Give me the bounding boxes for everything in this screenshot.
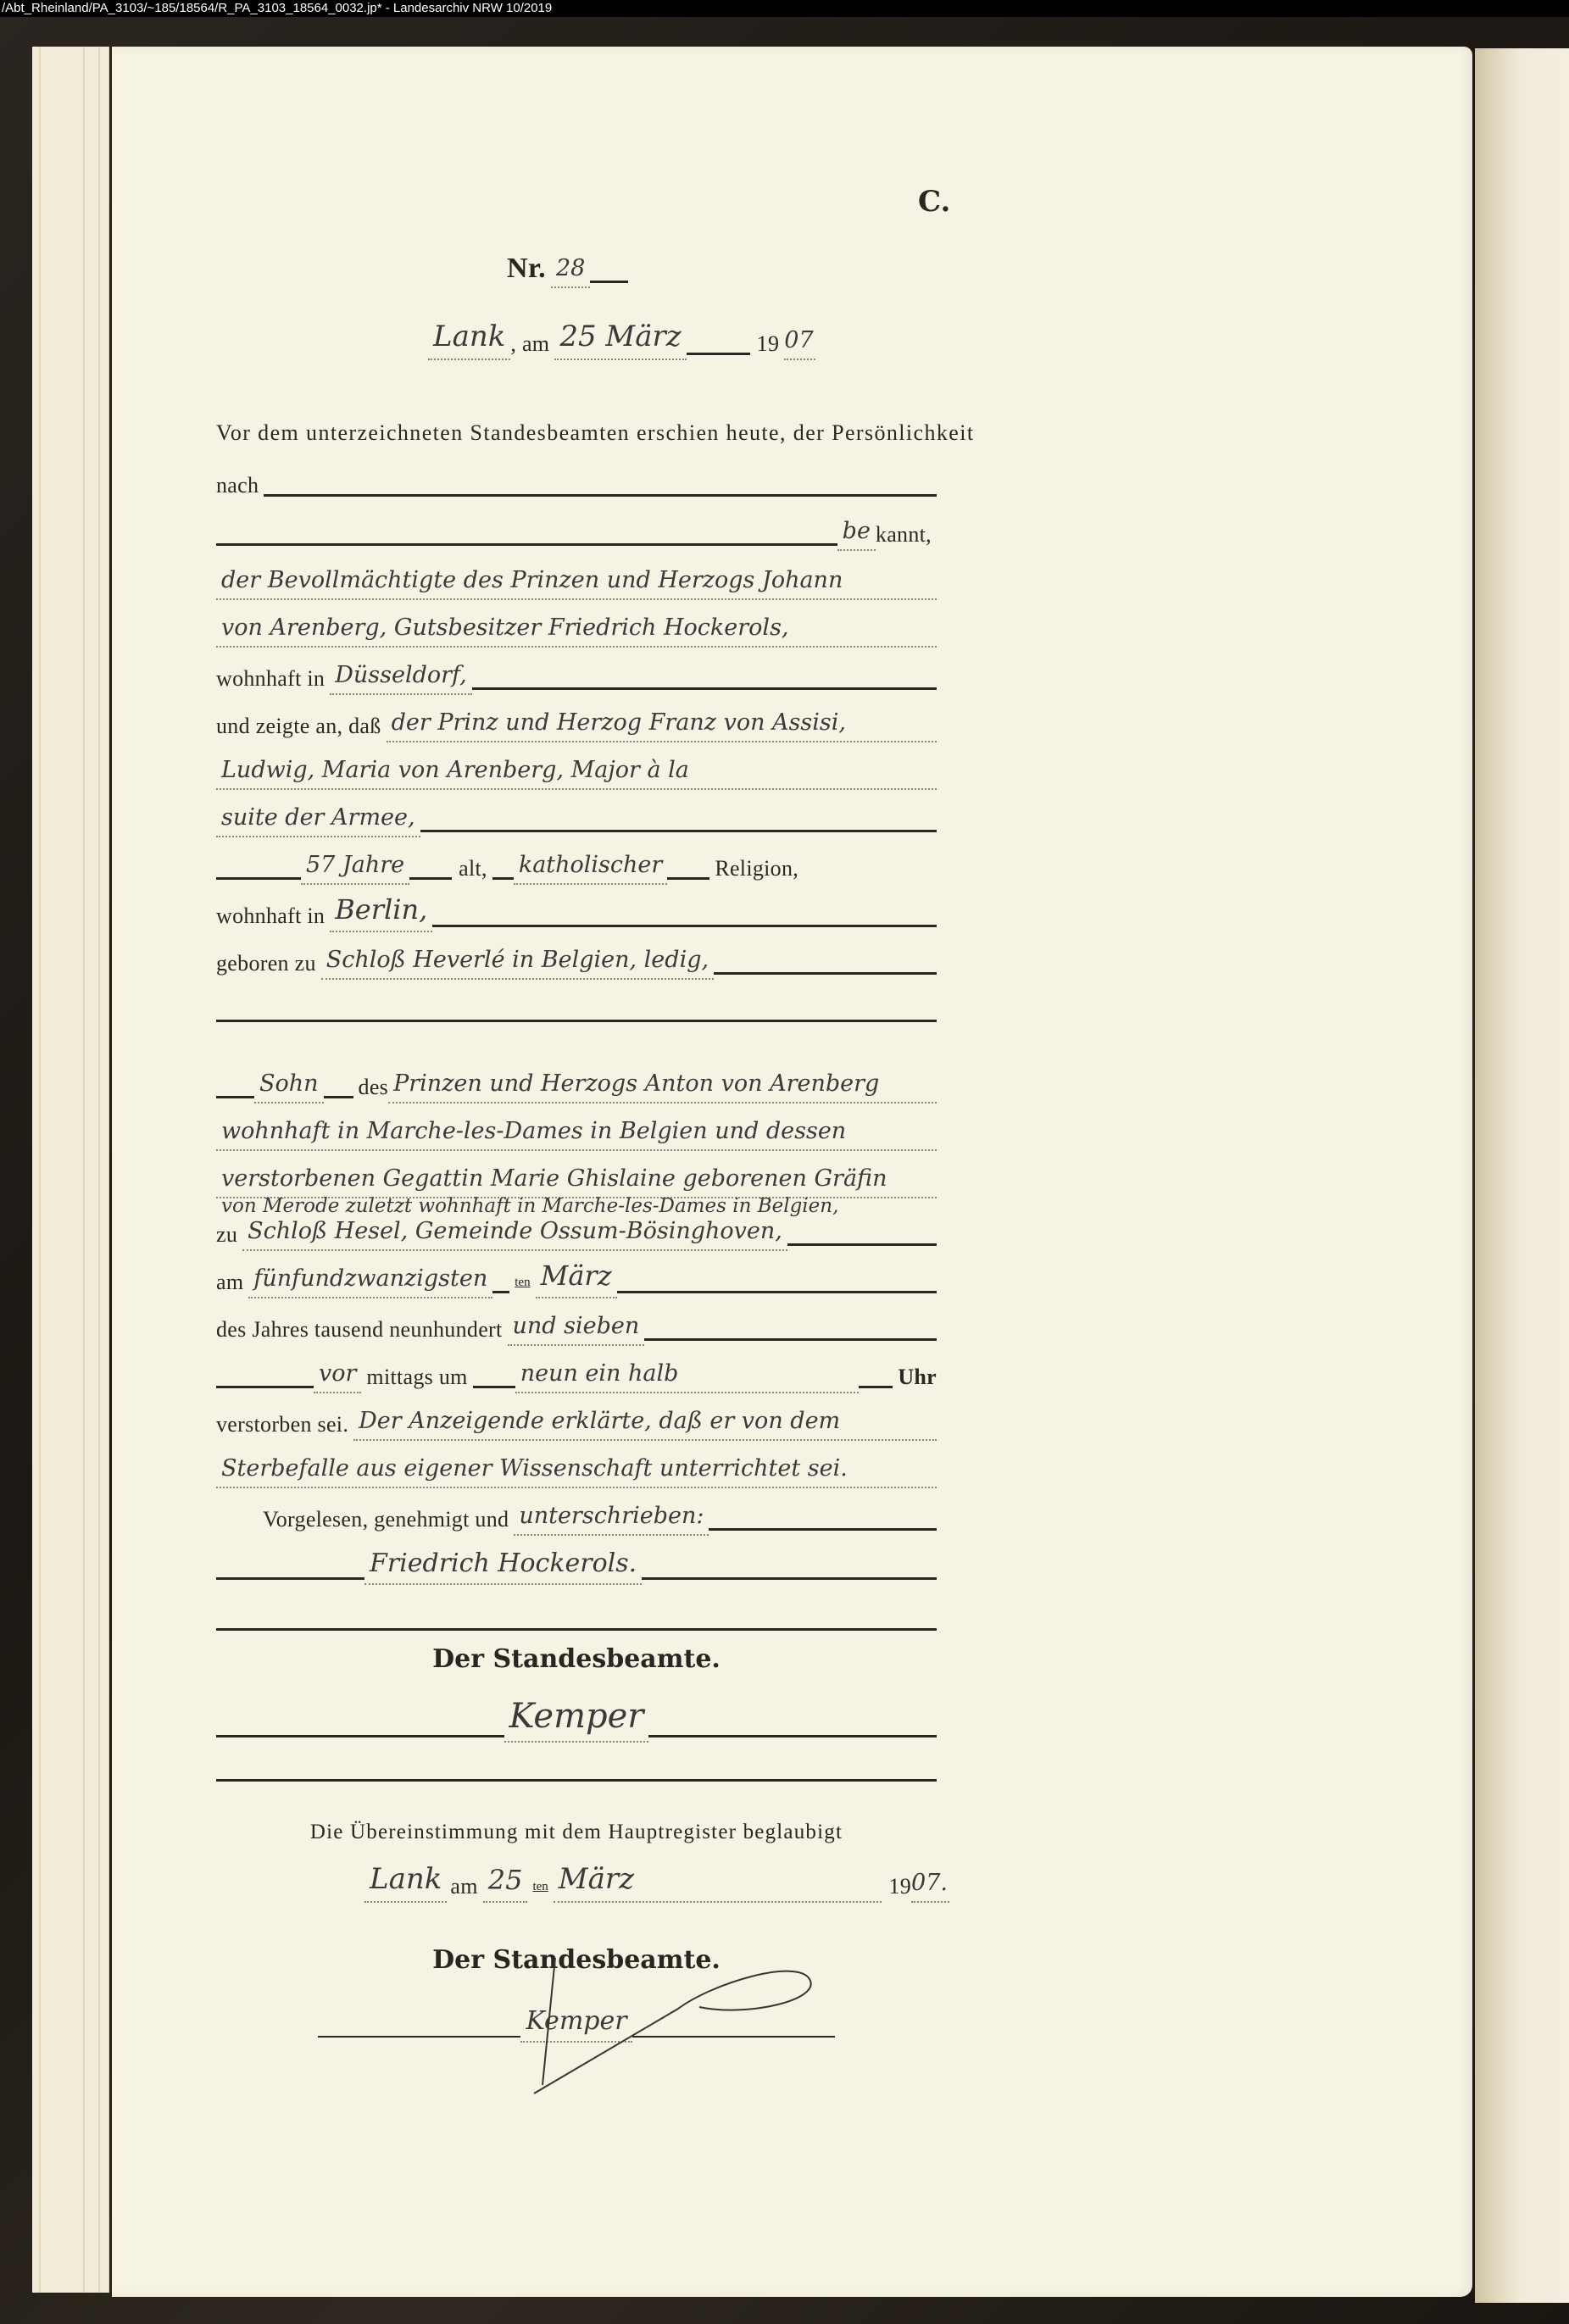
cert-am: am bbox=[447, 1874, 482, 1903]
parents-row-2: wohnhaft in Marche-les-Dames in Belgien … bbox=[216, 1117, 937, 1151]
certification-date-row: Lank am 25 ten März 19 07. bbox=[364, 1860, 949, 1903]
registrar-signature-row: Kemper bbox=[216, 1695, 937, 1743]
deceased-line-2: Ludwig, Maria von Arenberg, Major à la bbox=[216, 757, 937, 790]
wohnhaft-label: wohnhaft in bbox=[216, 666, 330, 695]
vor-value: vor bbox=[314, 1360, 361, 1393]
intro-text: Vor dem unterzeichneten Standesbeamten e… bbox=[216, 420, 979, 449]
page-stack-edge bbox=[32, 47, 109, 2293]
blank-row-3 bbox=[216, 1753, 937, 1787]
deceased-residence: Berlin, bbox=[330, 893, 432, 932]
deceased-row-2: Ludwig, Maria von Arenberg, Major à la bbox=[216, 756, 937, 790]
deceased-line-3: suite der Armee, bbox=[216, 804, 420, 837]
son-value: Sohn bbox=[254, 1070, 324, 1104]
cert-place: Lank bbox=[364, 1862, 447, 1903]
parents-row-1: Sohn des Prinzen und Herzogs Anton von A… bbox=[216, 1070, 937, 1104]
parents-line-2: wohnhaft in Marche-les-Dames in Belgien … bbox=[216, 1118, 937, 1151]
religion-value: katholischer bbox=[514, 852, 667, 885]
parents-row-4: von Merode zuletzt wohnhaft in Marche-le… bbox=[216, 1190, 937, 1219]
deceased-residence-label: wohnhaft in bbox=[216, 903, 330, 932]
kannt-prefix: be bbox=[837, 518, 876, 551]
intro-row: Vor dem unterzeichneten Standesbeamten e… bbox=[216, 415, 937, 449]
mittags-label: mittags um bbox=[361, 1365, 472, 1393]
ten-label: ten bbox=[509, 1276, 535, 1298]
uhr-label: Uhr bbox=[893, 1365, 937, 1393]
year-label: des Jahres tausend neunhundert bbox=[216, 1317, 508, 1346]
nach-label: nach bbox=[216, 473, 264, 502]
age-value: 57 Jahre bbox=[301, 852, 409, 885]
declarant-signature: Friedrich Hockerols. bbox=[364, 1548, 642, 1585]
death-time: neun ein halb bbox=[515, 1360, 860, 1393]
register-letter: C. bbox=[918, 185, 950, 219]
cert-year-suffix: 07. bbox=[911, 1870, 949, 1903]
cert-year-prefix: 19 bbox=[882, 1874, 911, 1903]
death-year-row: des Jahres tausend neunhundert und siebe… bbox=[216, 1312, 937, 1346]
deceased-residence-row: wohnhaft in Berlin, bbox=[216, 898, 937, 932]
window-title-bar: /Abt_Rheinland/PA_3103/~185/18564/R_PA_3… bbox=[0, 0, 1569, 17]
vorgelesen-value: unterschrieben: bbox=[514, 1503, 709, 1536]
cert-day: 25 bbox=[483, 1864, 528, 1903]
deceased-line-1: der Prinz und Herzog Franz von Assisi, bbox=[387, 709, 937, 742]
des-label: des bbox=[353, 1075, 389, 1104]
date-am-label: , am bbox=[510, 331, 554, 360]
kannt-label: kannt, bbox=[876, 522, 937, 551]
registrar-title: Der Standesbeamte. bbox=[216, 1644, 937, 1674]
year-suffix: 07 bbox=[784, 327, 815, 360]
window-title: /Abt_Rheinland/PA_3103/~185/18564/R_PA_3… bbox=[2, 1, 552, 15]
place-date-row: Lank , am 25 März 19 07 bbox=[428, 326, 937, 360]
declarant-row-2: von Arenberg, Gutsbesitzer Friedrich Hoc… bbox=[216, 614, 937, 648]
verstorben-row: verstorben sei. Der Anzeigende erklärte,… bbox=[216, 1407, 937, 1441]
alt-label: alt, bbox=[452, 856, 492, 885]
registrar-signature: Kemper bbox=[504, 1697, 649, 1743]
parents-line-1: Prinzen und Herzogs Anton von Arenberg bbox=[388, 1070, 937, 1104]
declarant-line-1: der Bevollmächtigte des Prinzen und Herz… bbox=[216, 567, 937, 600]
declarant-line-2: von Arenberg, Gutsbesitzer Friedrich Hoc… bbox=[216, 614, 937, 648]
certification-text: Die Übereinstimmung mit dem Hauptregiste… bbox=[216, 1821, 937, 1844]
death-place: Schloß Hesel, Gemeinde Ossum-Bösinghoven… bbox=[242, 1218, 787, 1251]
declarant-signature-row: Friedrich Hockerols. bbox=[216, 1551, 937, 1585]
declarant-row-1: der Bevollmächtigte des Prinzen und Herz… bbox=[216, 566, 937, 600]
birthplace-row: geboren zu Schloß Heverlé in Belgien, le… bbox=[216, 946, 937, 980]
declarant-residence-row: wohnhaft in Düsseldorf, bbox=[216, 661, 937, 695]
remark-line-2: Sterbefalle aus eigener Wissenschaft unt… bbox=[216, 1455, 937, 1488]
year-prefix: 19 bbox=[750, 331, 785, 360]
place-value: Lank bbox=[428, 320, 510, 360]
zu-label: zu bbox=[216, 1222, 242, 1251]
number-label: Nr. bbox=[507, 253, 551, 288]
remark-line-1: Der Anzeigende erklärte, daß er von dem bbox=[353, 1408, 937, 1441]
record-number: 28 bbox=[551, 255, 590, 288]
vorgelesen-label: Vorgelesen, genehmigt und bbox=[263, 1507, 514, 1536]
zeigte-row: und zeigte an, daß der Prinz und Herzog … bbox=[216, 709, 937, 742]
born-label: geboren zu bbox=[216, 951, 321, 980]
verstorben-label: verstorben sei. bbox=[216, 1412, 353, 1441]
kannt-row: be kannt, bbox=[216, 517, 937, 551]
born-value: Schloß Heverlé in Belgien, ledig, bbox=[321, 947, 714, 980]
blank-row-2 bbox=[216, 1602, 937, 1636]
vorgelesen-row: Vorgelesen, genehmigt und unterschrieben… bbox=[216, 1502, 937, 1536]
cert-ten: ten bbox=[527, 1880, 553, 1903]
next-page-edge bbox=[1475, 48, 1569, 2303]
signature-flourish-icon bbox=[517, 1958, 822, 2102]
blank-row-1 bbox=[216, 993, 937, 1027]
death-date-row: am fünfundzwanzigsten ten März bbox=[216, 1265, 937, 1298]
declarant-residence: Düsseldorf, bbox=[330, 662, 471, 695]
date-value: 25 März bbox=[554, 320, 686, 360]
nach-row: nach bbox=[216, 468, 937, 502]
am-label: am bbox=[216, 1270, 248, 1298]
death-time-row: vor mittags um neun ein halb Uhr bbox=[216, 1359, 937, 1393]
death-year-words: und sieben bbox=[508, 1313, 645, 1346]
record-number-row: Nr. 28 bbox=[507, 254, 761, 288]
death-place-row: zu Schloß Hesel, Gemeinde Ossum-Bösingho… bbox=[216, 1217, 937, 1251]
death-day: fünfundzwanzigsten bbox=[248, 1265, 492, 1298]
zeigte-label: und zeigte an, daß bbox=[216, 714, 387, 742]
remark-row-2: Sterbefalle aus eigener Wissenschaft unt… bbox=[216, 1454, 937, 1488]
parents-line-4: von Merode zuletzt wohnhaft in Marche-le… bbox=[216, 1195, 937, 1219]
age-religion-row: 57 Jahre alt, katholischer Religion, bbox=[216, 851, 937, 885]
religion-label: Religion, bbox=[709, 856, 798, 885]
death-month: März bbox=[536, 1259, 617, 1298]
deceased-row-3: suite der Armee, bbox=[216, 803, 937, 837]
cert-month: März bbox=[554, 1862, 882, 1903]
